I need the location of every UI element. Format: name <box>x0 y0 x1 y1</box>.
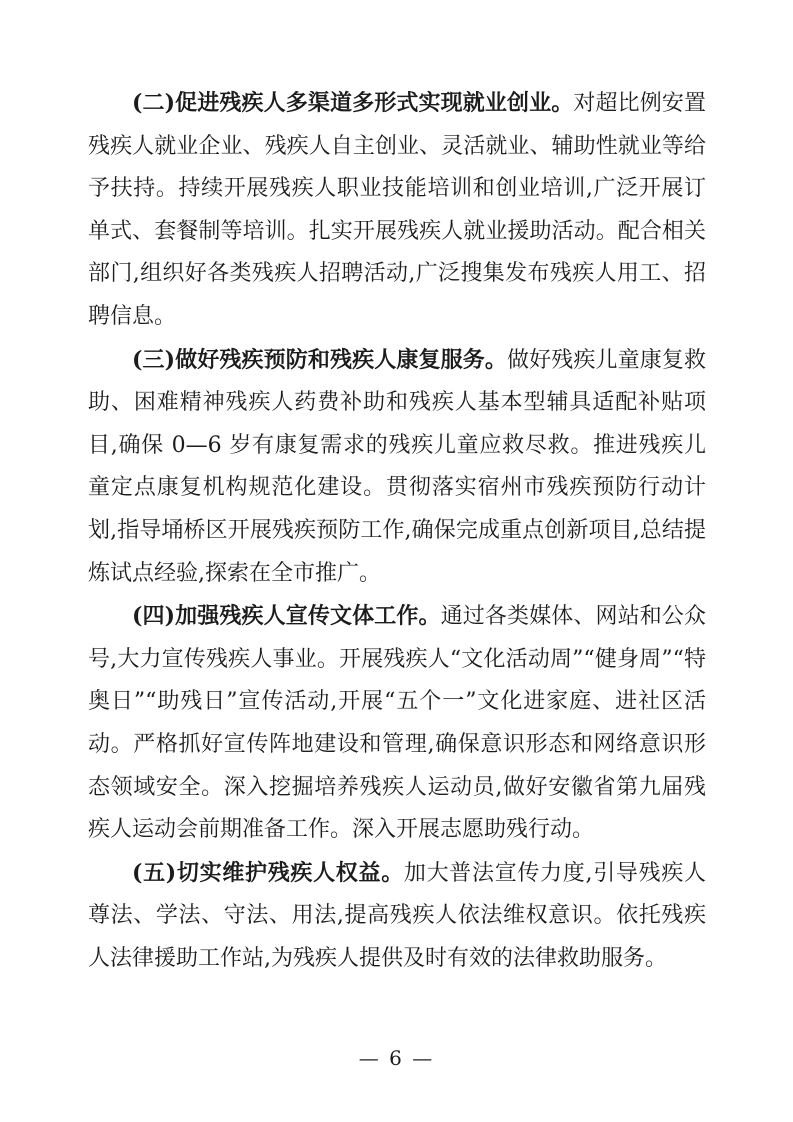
paragraph-heading: (四)加强残疾人宣传文体工作。 <box>132 603 441 629</box>
paragraph-body: 做好残疾儿童康复救助、困难精神残疾人药费补助和残疾人基本型辅具适配补贴项目,确保… <box>88 348 706 586</box>
page-number: — 6 — <box>0 1046 793 1070</box>
paragraph-heading: (二)促进残疾人多渠道多形式实现就业创业。 <box>132 90 573 116</box>
paragraph: (五)切实维护残疾人权益。加大普法宣传力度,引导残疾人尊法、学法、守法、用法,提… <box>88 852 706 981</box>
paragraph-body: 通过各类媒体、网站和公众号,大力宣传残疾人事业。开展残疾人“文化活动周”“健身周… <box>88 604 706 842</box>
paragraph: (三)做好残疾预防和残疾人康复服务。做好残疾儿童康复救助、困难精神残疾人药费补助… <box>88 339 706 596</box>
paragraph-heading: (五)切实维护残疾人权益。 <box>132 860 404 886</box>
paragraph: (二)促进残疾人多渠道多形式实现就业创业。对超比例安置残疾人就业企业、残疾人自主… <box>88 82 706 339</box>
document-page: (二)促进残疾人多渠道多形式实现就业创业。对超比例安置残疾人就业企业、残疾人自主… <box>0 0 793 1122</box>
paragraph-heading: (三)做好残疾预防和残疾人康复服务。 <box>132 347 507 373</box>
document-body: (二)促进残疾人多渠道多形式实现就业创业。对超比例安置残疾人就业企业、残疾人自主… <box>88 82 706 980</box>
paragraph-body: 对超比例安置残疾人就业企业、残疾人自主创业、灵活就业、辅助性就业等给予扶持。持续… <box>88 91 706 329</box>
paragraph: (四)加强残疾人宣传文体工作。通过各类媒体、网站和公众号,大力宣传残疾人事业。开… <box>88 595 706 852</box>
